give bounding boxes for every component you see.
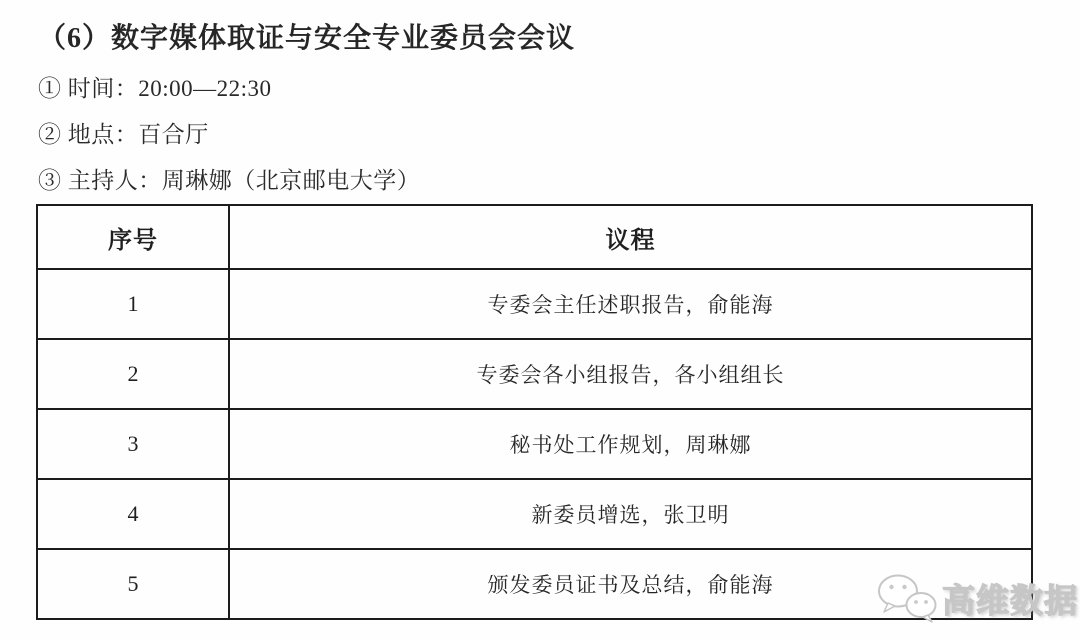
table-row: 4 新委员增选，张卫明	[37, 479, 1032, 549]
meeting-host-line: ③ 主持人：周琳娜（北京邮电大学）	[38, 162, 420, 195]
row-number-cell: 4	[37, 479, 229, 549]
column-header-agenda: 议程	[229, 205, 1032, 269]
row-number-cell: 1	[37, 269, 229, 339]
agenda-cell: 颁发委员证书及总结，俞能海	[229, 549, 1032, 619]
agenda-table: 序号 议程 1 专委会主任述职报告，俞能海 2 专委会各小组报告，各小组组长 3…	[36, 204, 1033, 620]
row-number-cell: 3	[37, 409, 229, 479]
column-header-number: 序号	[37, 205, 229, 269]
table-header-row: 序号 议程	[37, 205, 1032, 269]
page-title: （6）数字媒体取证与安全专业委员会会议	[38, 16, 575, 56]
meeting-location-line: ② 地点：百合厅	[38, 116, 209, 149]
row-number-cell: 5	[37, 549, 229, 619]
agenda-cell: 专委会各小组报告，各小组组长	[229, 339, 1032, 409]
table-row: 5 颁发委员证书及总结，俞能海	[37, 549, 1032, 619]
table-row: 2 专委会各小组报告，各小组组长	[37, 339, 1032, 409]
table-row: 1 专委会主任述职报告，俞能海	[37, 269, 1032, 339]
agenda-cell: 秘书处工作规划，周琳娜	[229, 409, 1032, 479]
row-number-cell: 2	[37, 339, 229, 409]
agenda-cell: 专委会主任述职报告，俞能海	[229, 269, 1032, 339]
agenda-cell: 新委员增选，张卫明	[229, 479, 1032, 549]
meeting-time-line: ① 时间：20:00—22:30	[38, 70, 272, 103]
table-row: 3 秘书处工作规划，周琳娜	[37, 409, 1032, 479]
